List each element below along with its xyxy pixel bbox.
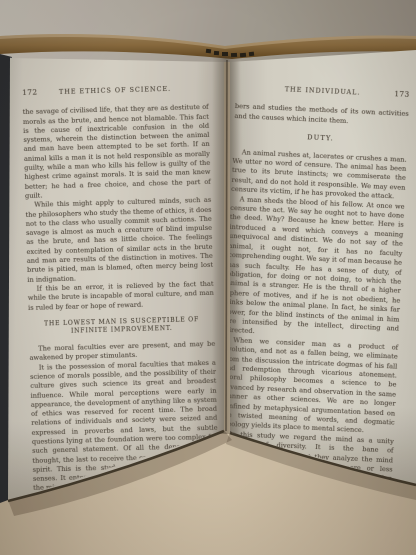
left-page-bottom-shade	[8, 58, 224, 501]
right-page-bottom-shade	[230, 50, 416, 485]
gutter-line	[226, 60, 227, 431]
book-photo: 172 THE ETHICS OF SCIENCE. the savage of…	[0, 0, 416, 555]
open-book	[0, 0, 416, 555]
